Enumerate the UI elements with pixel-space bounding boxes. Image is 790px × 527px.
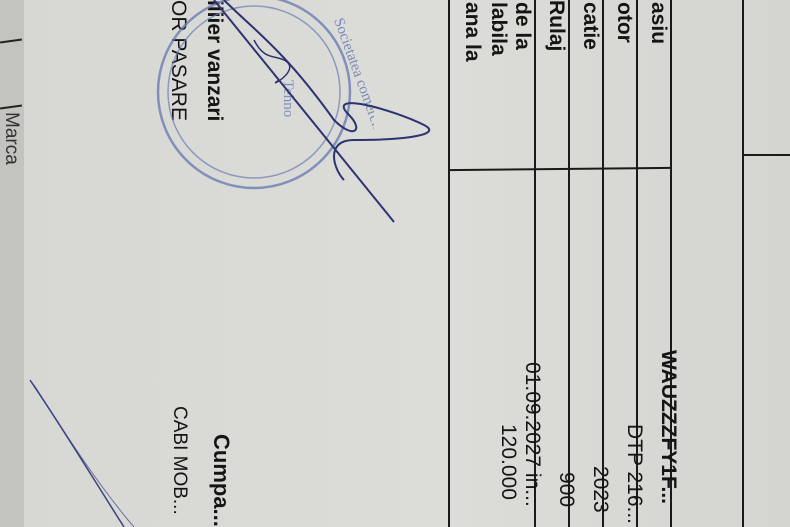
underlying-sheet: Marca xyxy=(0,0,25,527)
signature-icon xyxy=(24,0,790,527)
marca-label: Marca xyxy=(0,112,22,165)
document-page: asiu otor catie Rulaj de la labila ana l… xyxy=(24,0,790,527)
